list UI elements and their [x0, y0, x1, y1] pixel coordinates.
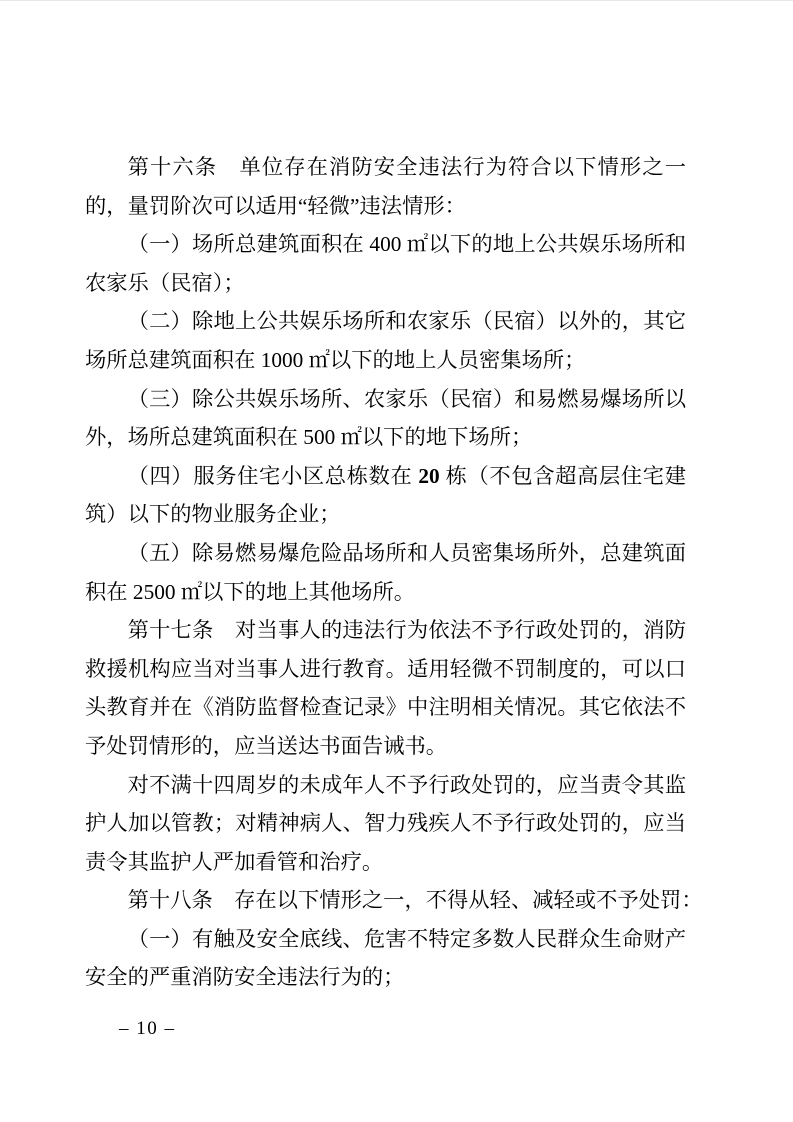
text-run: 安全的严重消防安全违法行为的；: [85, 965, 404, 989]
bold-number-run: 20: [418, 464, 439, 488]
text-run: 的，量罚阶次可以适用“轻微”违法情形：: [85, 194, 466, 218]
paragraph-article-17: 第十七条 对当事人的违法行为依法不予行政处罚的，消防救援机构应当对当事人进行教育…: [85, 611, 686, 765]
text-line: 筑）以下的物业服务企业；: [85, 495, 686, 534]
text-line: 责令其监护人严加看管和治疗。: [85, 843, 686, 882]
text-run: （五）除易燃易爆危险品场所和人员密集场所外，总建筑面: [128, 541, 686, 565]
document-page: { "page": { "number_label": "– 10 –" }, …: [0, 0, 793, 1122]
text-line: 安全的严重消防安全违法行为的；: [85, 958, 686, 997]
paragraph-article-18: 第十八条 存在以下情形之一，不得从轻、减轻或不予处罚：: [85, 881, 686, 920]
text-line: 第十六条 单位存在消防安全违法行为符合以下情形之一: [85, 148, 686, 187]
paragraph-article-16: 第十六条 单位存在消防安全违法行为符合以下情形之一的，量罚阶次可以适用“轻微”违…: [85, 148, 686, 225]
paragraph-article-16-item-4: （四）服务住宅小区总栋数在 20 栋（不包含超高层住宅建筑）以下的物业服务企业；: [85, 457, 686, 534]
text-line: （五）除易燃易爆危险品场所和人员密集场所外，总建筑面: [85, 534, 686, 573]
text-line: 护人加以管教；对精神病人、智力残疾人不予行政处罚的，应当: [85, 804, 686, 843]
text-run: （一）场所总建筑面积在 400 ㎡以下的地上公共娱乐场所和: [128, 232, 686, 256]
paragraph-article-16-item-5: （五）除易燃易爆危险品场所和人员密集场所外，总建筑面积在 2500 ㎡以下的地上…: [85, 534, 686, 611]
text-line: 场所总建筑面积在 1000 ㎡以下的地上人员密集场所；: [85, 341, 686, 380]
text-line: 对不满十四周岁的未成年人不予行政处罚的，应当责令其监: [85, 766, 686, 805]
text-run: （三）除公共娱乐场所、农家乐（民宿）和易燃易爆场所以: [128, 387, 686, 411]
text-run: 第十八条 存在以下情形之一，不得从轻、减轻或不予处罚：: [128, 888, 703, 912]
text-line: （二）除地上公共娱乐场所和农家乐（民宿）以外的，其它: [85, 302, 686, 341]
paragraph-article-16-item-3: （三）除公共娱乐场所、农家乐（民宿）和易燃易爆场所以外，场所总建筑面积在 500…: [85, 380, 686, 457]
text-line: 积在 2500 ㎡以下的地上其他场所。: [85, 573, 686, 612]
text-line: （一）有触及安全底线、危害不特定多数人民群众生命财产: [85, 920, 686, 959]
text-line: 救援机构应当对当事人进行教育。适用轻微不罚制度的，可以口: [85, 650, 686, 689]
page-number: – 10 –: [119, 1018, 176, 1040]
text-run: 第十七条 对当事人的违法行为依法不予行政处罚的，消防: [128, 618, 686, 642]
paragraph-article-16-item-2: （二）除地上公共娱乐场所和农家乐（民宿）以外的，其它场所总建筑面积在 1000 …: [85, 302, 686, 379]
paragraph-article-17-para-2: 对不满十四周岁的未成年人不予行政处罚的，应当责令其监护人加以管教；对精神病人、智…: [85, 766, 686, 882]
text-run: 救援机构应当对当事人进行教育。适用轻微不罚制度的，可以口: [85, 657, 686, 681]
text-run: 积在 2500 ㎡以下的地上其他场所。: [85, 580, 415, 604]
page-top-edge: [0, 0, 793, 1]
text-run: 第十六条 单位存在消防安全违法行为符合以下情形之一: [128, 155, 686, 179]
text-run: 头教育并在《消防监督检查记录》中注明相关情况。其它依法不: [85, 695, 686, 719]
text-line: 头教育并在《消防监督检查记录》中注明相关情况。其它依法不: [85, 688, 686, 727]
text-run: 栋（不包含超高层住宅建: [440, 464, 686, 488]
text-line: 的，量罚阶次可以适用“轻微”违法情形：: [85, 187, 686, 226]
text-run: （一）有触及安全底线、危害不特定多数人民群众生命财产: [128, 927, 686, 951]
text-line: 予处罚情形的，应当送达书面告诫书。: [85, 727, 686, 766]
document-body: 第十六条 单位存在消防安全违法行为符合以下情形之一的，量罚阶次可以适用“轻微”违…: [85, 148, 686, 997]
text-run: 外，场所总建筑面积在 500 ㎡以下的地下场所；: [85, 425, 532, 449]
text-run: （二）除地上公共娱乐场所和农家乐（民宿）以外的，其它: [128, 309, 686, 333]
text-line: （四）服务住宅小区总栋数在 20 栋（不包含超高层住宅建: [85, 457, 686, 496]
paragraph-article-18-item-1: （一）有触及安全底线、危害不特定多数人民群众生命财产安全的严重消防安全违法行为的…: [85, 920, 686, 997]
paragraph-article-16-item-1: （一）场所总建筑面积在 400 ㎡以下的地上公共娱乐场所和农家乐（民宿）；: [85, 225, 686, 302]
text-run: 场所总建筑面积在 1000 ㎡以下的地上人员密集场所；: [85, 348, 585, 372]
text-line: （一）场所总建筑面积在 400 ㎡以下的地上公共娱乐场所和: [85, 225, 686, 264]
text-line: 第十八条 存在以下情形之一，不得从轻、减轻或不予处罚：: [85, 881, 686, 920]
text-line: 外，场所总建筑面积在 500 ㎡以下的地下场所；: [85, 418, 686, 457]
text-run: 筑）以下的物业服务企业；: [85, 502, 341, 526]
text-line: 农家乐（民宿）；: [85, 264, 686, 303]
text-run: 予处罚情形的，应当送达书面告诫书。: [85, 734, 447, 758]
text-run: 农家乐（民宿）；: [85, 271, 245, 295]
text-line: 第十七条 对当事人的违法行为依法不予行政处罚的，消防: [85, 611, 686, 650]
text-line: （三）除公共娱乐场所、农家乐（民宿）和易燃易爆场所以: [85, 380, 686, 419]
text-run: 责令其监护人严加看管和治疗。: [85, 850, 383, 874]
text-run: （四）服务住宅小区总栋数在: [128, 464, 419, 488]
text-run: 护人加以管教；对精神病人、智力残疾人不予行政处罚的，应当: [85, 811, 686, 835]
text-run: 对不满十四周岁的未成年人不予行政处罚的，应当责令其监: [128, 773, 686, 797]
